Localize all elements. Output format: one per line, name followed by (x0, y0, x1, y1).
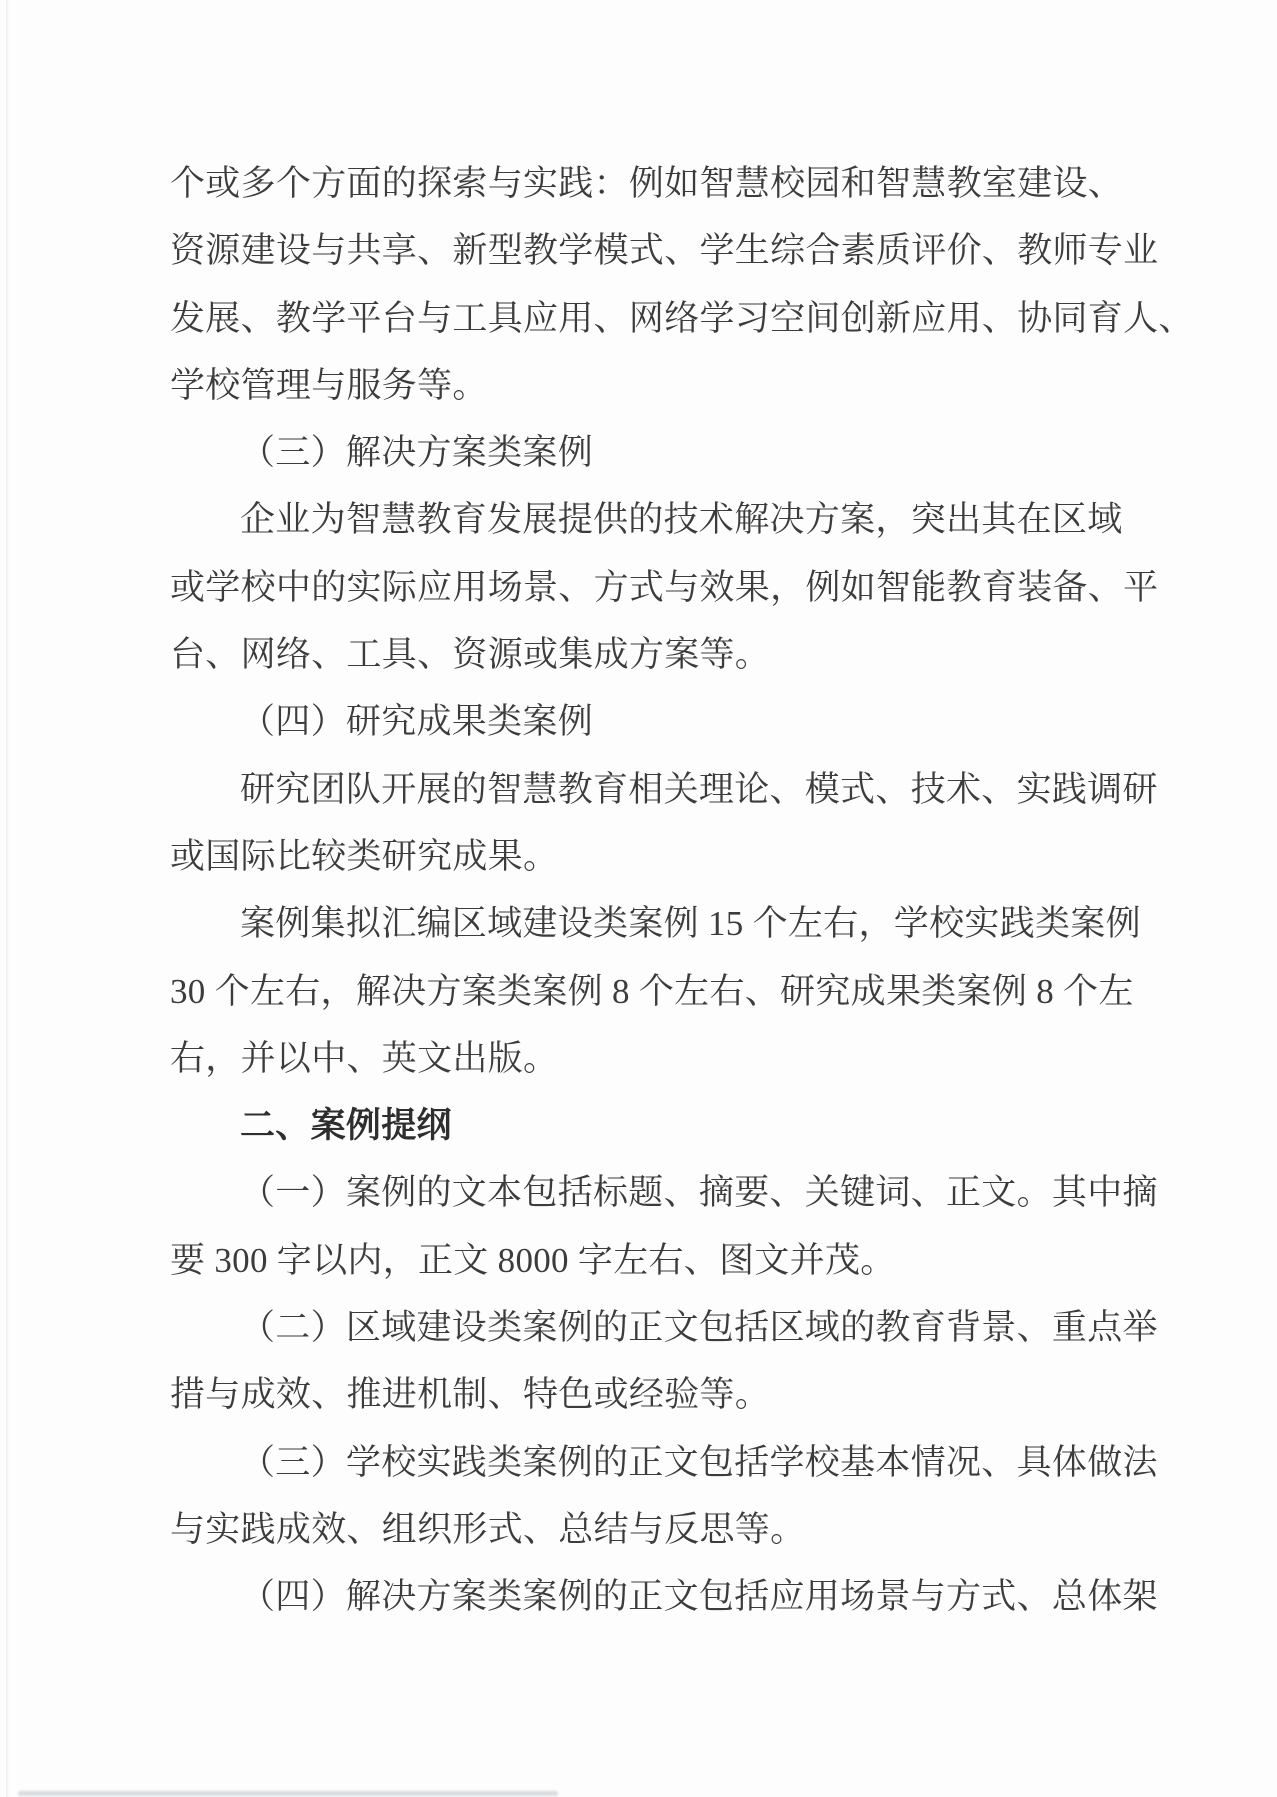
scan-edge-artifact (6, 0, 9, 1797)
text-line: 或国际比较类研究成果。 (170, 823, 1130, 890)
text-line: 案例集拟汇编区域建设类案例 15 个左右，学校实践类案例 (170, 890, 1130, 957)
text-block: 个或多个方面的探索与实践：例如智慧校园和智慧教室建设、资源建设与共享、新型教学模… (170, 150, 1130, 1631)
text-line: （一）案例的文本包括标题、摘要、关键词、正文。其中摘 (170, 1159, 1130, 1226)
text-line: 与实践成效、组织形式、总结与反思等。 (170, 1496, 1130, 1563)
text-line: 要 300 字以内，正文 8000 字左右、图文并茂。 (170, 1227, 1130, 1294)
text-line: 30 个左右，解决方案类案例 8 个左右、研究成果类案例 8 个左 (170, 958, 1130, 1025)
text-line: 研究团队开展的智慧教育相关理论、模式、技术、实践调研 (170, 756, 1130, 823)
text-line: （二）区域建设类案例的正文包括区域的教育背景、重点举 (170, 1294, 1130, 1361)
text-line: 发展、教学平台与工具应用、网络学习空间创新应用、协同育人、 (170, 285, 1130, 352)
text-line: （四）研究成果类案例 (170, 688, 1130, 755)
text-line: 个或多个方面的探索与实践：例如智慧校园和智慧教室建设、 (170, 150, 1130, 217)
scan-bottom-artifact (18, 1791, 558, 1796)
text-line: 台、网络、工具、资源或集成方案等。 (170, 621, 1130, 688)
text-line: 资源建设与共享、新型教学模式、学生综合素质评价、教师专业 (170, 217, 1130, 284)
text-line: 或学校中的实际应用场景、方式与效果，例如智能教育装备、平 (170, 554, 1130, 621)
text-line: （四）解决方案类案例的正文包括应用场景与方式、总体架 (170, 1563, 1130, 1630)
document-page: 个或多个方面的探索与实践：例如智慧校园和智慧教室建设、资源建设与共享、新型教学模… (0, 0, 1277, 1797)
section-heading: 二、案例提纲 (170, 1092, 1130, 1159)
text-line: （三）解决方案类案例 (170, 419, 1130, 486)
text-line: 企业为智慧教育发展提供的技术解决方案，突出其在区域 (170, 486, 1130, 553)
text-line: （三）学校实践类案例的正文包括学校基本情况、具体做法 (170, 1429, 1130, 1496)
text-line: 学校管理与服务等。 (170, 352, 1130, 419)
text-line: 右，并以中、英文出版。 (170, 1025, 1130, 1092)
text-line: 措与成效、推进机制、特色或经验等。 (170, 1361, 1130, 1428)
